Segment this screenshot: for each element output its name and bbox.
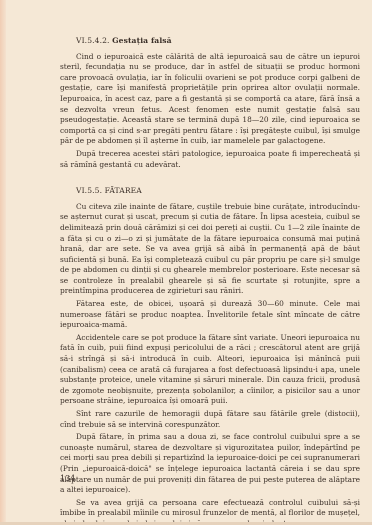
section-heading-gestatia-falsa: VI.5.4.2. Gestația falsă xyxy=(76,36,360,47)
section-title: Gestația falsă xyxy=(112,36,172,45)
section-number: VI.5.5. xyxy=(76,186,102,195)
page-edge xyxy=(0,0,6,525)
paragraph: Cu citeva zile inainte de fătare, cuștil… xyxy=(60,202,360,297)
page-number: 134 xyxy=(60,474,75,483)
paragraph: După fătare, în prima sau a doua zi, se … xyxy=(60,432,360,496)
paragraph: Se va avea grijă ca persoana care efectu… xyxy=(60,498,360,525)
paragraph: După trecerea acestei stări patologice, … xyxy=(60,149,360,170)
paragraph: Sînt rare cazurile de hemoragii după făt… xyxy=(60,409,360,430)
paragraph: Fătarea este, de obicei, ușoară și durea… xyxy=(60,299,360,331)
paragraph: Accidentele care se pot produce la fătar… xyxy=(60,333,360,407)
paragraph: Cind o iepuroaică este călărită de altă … xyxy=(60,52,360,147)
section-title: FĂTAREA xyxy=(105,186,142,195)
section-number: VI.5.4.2. xyxy=(76,36,110,45)
section-heading-fatarea: VI.5.5. FĂTAREA xyxy=(76,186,360,197)
page-content: VI.5.4.2. Gestația falsă Cind o iepuroai… xyxy=(60,36,360,525)
